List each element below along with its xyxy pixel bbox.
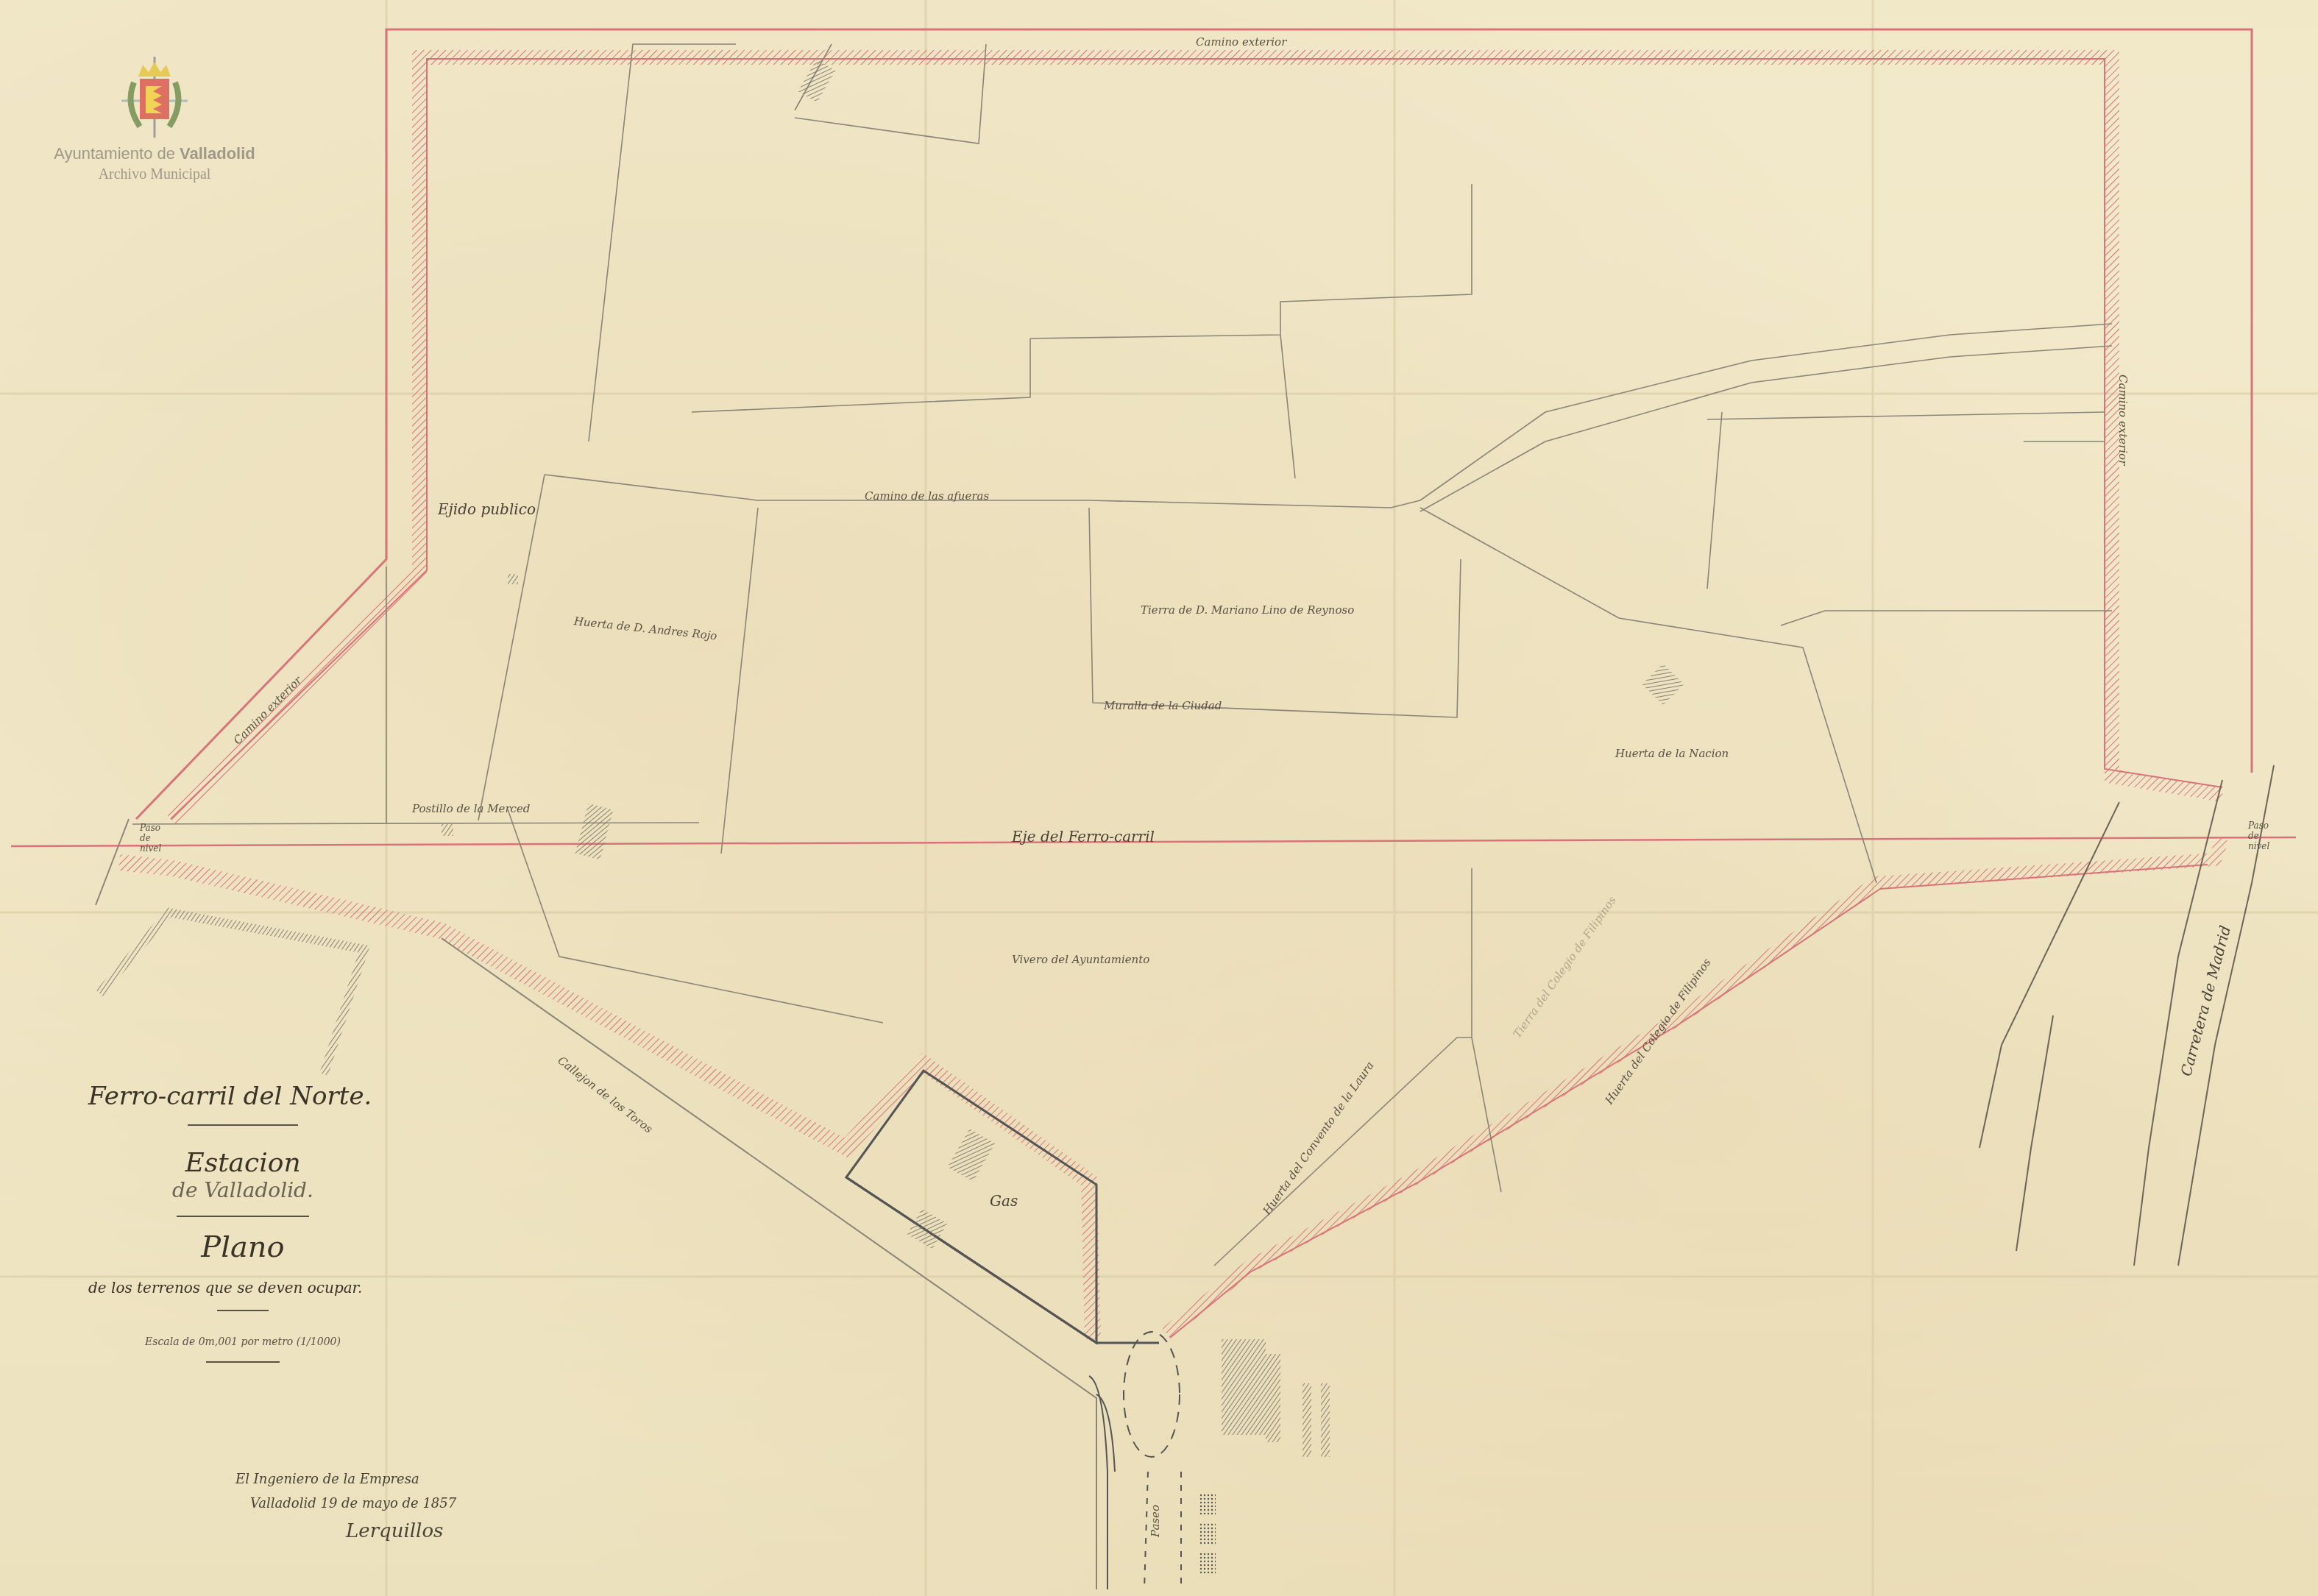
- signature-block: El Ingeniero de la Empresa Valladolid 19…: [235, 1472, 456, 1551]
- title-railway: Ferro-carril del Norte.: [88, 1082, 397, 1111]
- label-paso-nivel-right: Paso de nivel: [2248, 820, 2278, 851]
- parcel-lines: [132, 44, 2112, 1266]
- paseo-roundabout: [1089, 1332, 1181, 1589]
- divider: [188, 1124, 298, 1126]
- title-place: de Valladolid.: [88, 1178, 397, 1202]
- plan-description: de los terrenos que se deven ocupar.: [88, 1279, 397, 1297]
- archive-title: Ayuntamiento de Valladolid: [44, 144, 265, 163]
- signature-role: El Ingeniero de la Empresa: [235, 1472, 456, 1487]
- valladolid-coat-of-arms-icon: [118, 53, 191, 141]
- label-tierra-reynoso: Tierra de D. Mariano Lino de Reynoso: [1141, 603, 1354, 617]
- carretera-madrid: [1979, 765, 2274, 1266]
- label-paso-nivel-left: Paso de nivel: [140, 823, 169, 854]
- divider: [217, 1310, 269, 1311]
- divider: [177, 1216, 309, 1217]
- building-top: [798, 60, 836, 102]
- archive-subtitle: Archivo Municipal: [44, 166, 265, 183]
- title-estacion: Estacion: [88, 1148, 397, 1178]
- label-ejido-publico: Ejido publico: [438, 500, 536, 518]
- label-postigo-merced: Postillo de la Merced: [412, 802, 530, 815]
- divider: [206, 1361, 280, 1363]
- label-muralla-ciudad: Muralla de la Ciudad: [1104, 699, 1222, 712]
- map-sheet: Ayuntamiento de Valladolid Archivo Munic…: [0, 0, 2318, 1596]
- signature-date: Valladolid 19 de mayo de 1857: [235, 1496, 456, 1511]
- title-cartouche: Ferro-carril del Norte. Estacion de Vall…: [88, 1082, 397, 1376]
- label-gas: Gas: [990, 1192, 1018, 1210]
- label-vivero-ayuntamiento: Vivero del Ayuntamiento: [1012, 953, 1149, 966]
- label-camino-exterior-right: Camino exterior: [2116, 375, 2130, 465]
- archive-stamp: Ayuntamiento de Valladolid Archivo Munic…: [44, 53, 265, 183]
- label-huerta-nacion: Huerta de la Nacion: [1615, 747, 1729, 760]
- station-boundary: [119, 57, 2222, 1339]
- label-paseo: Paseo: [1149, 1505, 1162, 1537]
- title-plano: Plano: [88, 1230, 397, 1264]
- plan-scale: Escala de 0m,001 por metro (1/1000): [88, 1336, 397, 1348]
- signature-name: Lerquillos: [235, 1520, 456, 1542]
- label-eje-ferrocarril: Eje del Ferro-carril: [1012, 828, 1155, 845]
- label-camino-exterior-top: Camino exterior: [1196, 35, 1286, 49]
- label-camino-afueras: Camino de las afueras: [865, 489, 989, 503]
- ruined-walls: [99, 912, 364, 1074]
